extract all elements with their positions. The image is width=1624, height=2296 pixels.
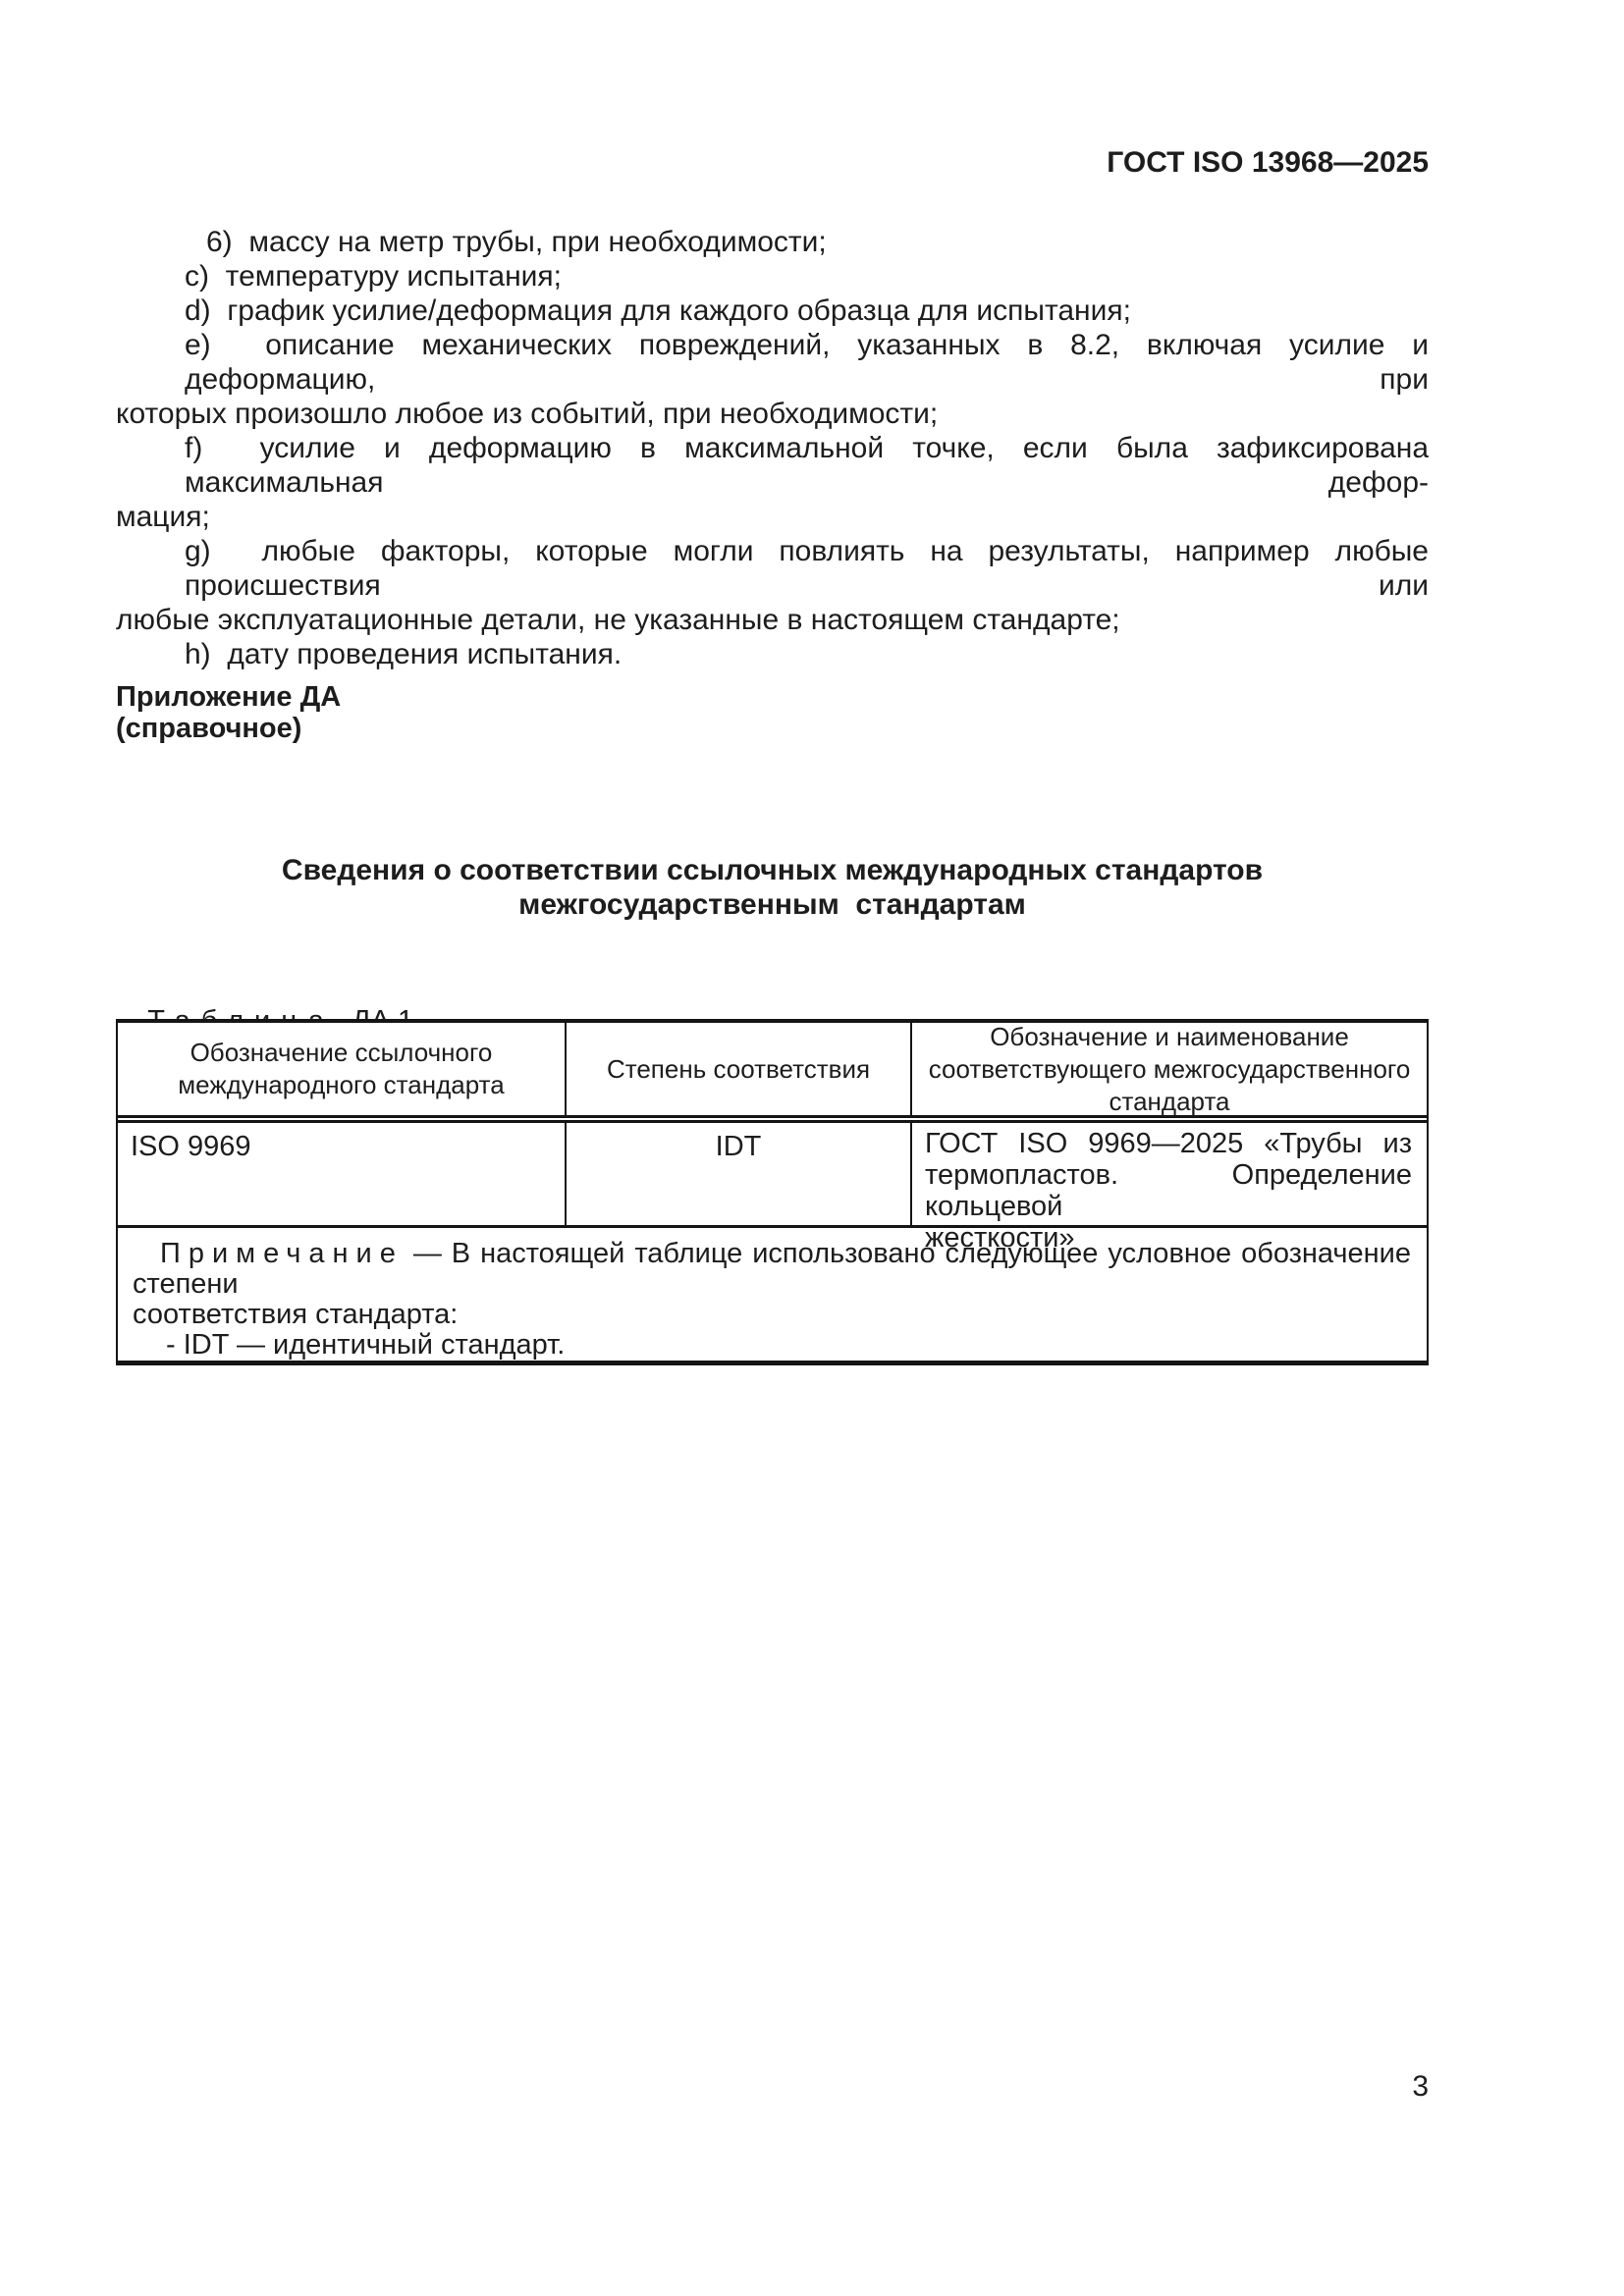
annex-subheading: (справочное) bbox=[116, 713, 1429, 744]
text-line: 6) массу на метр трубы, при необходимост… bbox=[116, 225, 1429, 259]
annex-title-line-1: Сведения о соответствии ссылочных междун… bbox=[116, 853, 1429, 887]
page-number: 3 bbox=[1412, 2069, 1429, 2105]
cell-degree-of-correspondence: IDT bbox=[567, 1123, 912, 1225]
annex-heading-block: Приложение ДА (справочное) bbox=[116, 681, 1429, 744]
text-line: c) температуру испытания; bbox=[116, 259, 1429, 294]
header-reference-standard: Обозначение ссылочного международного ст… bbox=[118, 1023, 567, 1115]
document-page: ГОСТ ISO 13968—2025 6) массу на метр тру… bbox=[0, 0, 1624, 2296]
cell-reference-standard: ISO 9969 bbox=[118, 1123, 567, 1225]
text-line: мация; bbox=[116, 500, 1429, 534]
annex-title: Сведения о соответствии ссылочных междун… bbox=[116, 853, 1429, 922]
table-note-line-2: соответствия стандарта: bbox=[133, 1300, 1411, 1330]
table-header-row: Обозначение ссылочного международного ст… bbox=[118, 1023, 1427, 1123]
table-note-label: Примечание bbox=[160, 1238, 404, 1269]
text-line: h) дату проведения испытания. bbox=[116, 637, 1429, 671]
text-line: d) график усилие/деформация для каждого … bbox=[116, 294, 1429, 328]
table-data-row: ISO 9969 IDT ГОСТ ISO 9969—2025 «Трубы и… bbox=[118, 1123, 1427, 1228]
text-line: f) усилие и деформацию в максимальной то… bbox=[116, 431, 1429, 500]
table-note-line-3: - IDT — идентичный стандарт. bbox=[133, 1330, 1411, 1361]
text-line: термопластов. Определение кольцевой bbox=[925, 1159, 1412, 1222]
text-line: g) любые факторы, которые могли повлиять… bbox=[116, 534, 1429, 603]
cell-interstate-standard: ГОСТ ISO 9969—2025 «Трубы изтермопластов… bbox=[912, 1123, 1427, 1225]
doc-number-header: ГОСТ ISO 13968—2025 bbox=[1107, 145, 1429, 181]
table-note: Примечание — В настоящей таблице использ… bbox=[118, 1228, 1427, 1361]
annex-heading: Приложение ДА bbox=[116, 681, 1429, 713]
correspondence-table: Обозначение ссылочного международного ст… bbox=[116, 1019, 1429, 1365]
table-note-line-1: Примечание — В настоящей таблице использ… bbox=[133, 1239, 1411, 1300]
annex-title-line-2: межгосударственным стандартам bbox=[116, 887, 1429, 922]
header-interstate-standard: Обозначение и наименование соответствующ… bbox=[912, 1023, 1427, 1115]
text-line: e) описание механических повреждений, ук… bbox=[116, 328, 1429, 397]
header-degree-of-correspondence: Степень соответствия bbox=[567, 1023, 912, 1115]
text-line: которых произошло любое из событий, при … bbox=[116, 397, 1429, 431]
text-line: любые эксплуатационные детали, не указан… bbox=[116, 603, 1429, 637]
report-requirements-list: 6) массу на метр трубы, при необходимост… bbox=[116, 225, 1429, 671]
text-line: ГОСТ ISO 9969—2025 «Трубы из bbox=[925, 1128, 1412, 1159]
